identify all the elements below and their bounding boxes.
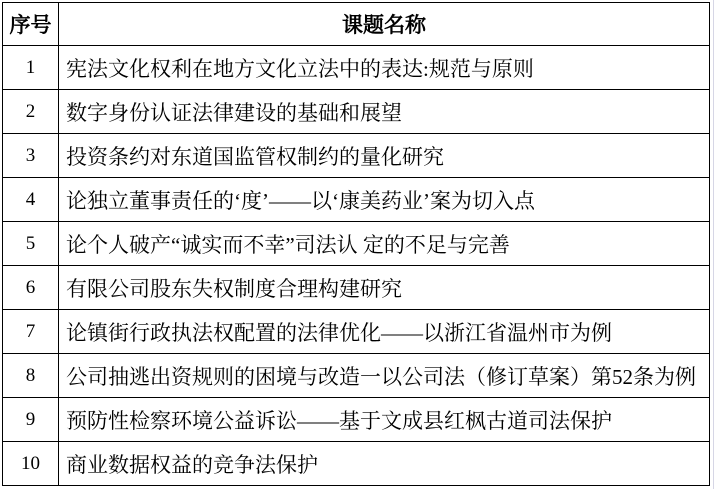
row-title-cell: 论镇街行政执法权配置的法律优化——以浙江省温州市为例 — [59, 310, 710, 354]
row-title-cell: 有限公司股东失权制度合理构建研究 — [59, 266, 710, 310]
table-row: 9 预防性检察环境公益诉讼——基于文成县红枫古道司法保护 — [3, 398, 710, 442]
table-row: 3 投资条约对东道国监管权制约的量化研究 — [3, 134, 710, 178]
column-header-title: 课题名称 — [59, 3, 710, 46]
row-index-cell: 4 — [3, 178, 59, 222]
row-title-cell: 论个人破产“诚实而不幸”司法认 定的不足与完善 — [59, 222, 710, 266]
table-row: 6 有限公司股东失权制度合理构建研究 — [3, 266, 710, 310]
row-index-cell: 7 — [3, 310, 59, 354]
table-header-row: 序号 课题名称 — [3, 3, 710, 46]
row-title-cell: 商业数据权益的竞争法保护 — [59, 442, 710, 486]
row-index-cell: 2 — [3, 90, 59, 134]
row-title-cell: 数字身份认证法律建设的基础和展望 — [59, 90, 710, 134]
row-index-cell: 1 — [3, 46, 59, 90]
topics-table: 序号 课题名称 1 宪法文化权利在地方文化立法中的表达:规范与原则 2 数字身份… — [2, 2, 710, 486]
row-index-cell: 9 — [3, 398, 59, 442]
table-row: 8 公司抽逃出资规则的困境与改造一以公司法（修订草案）第52条为例 — [3, 354, 710, 398]
row-title-cell: 预防性检察环境公益诉讼——基于文成县红枫古道司法保护 — [59, 398, 710, 442]
row-title-cell: 宪法文化权利在地方文化立法中的表达:规范与原则 — [59, 46, 710, 90]
row-title-cell: 公司抽逃出资规则的困境与改造一以公司法（修订草案）第52条为例 — [59, 354, 710, 398]
row-index-cell: 5 — [3, 222, 59, 266]
table-row: 1 宪法文化权利在地方文化立法中的表达:规范与原则 — [3, 46, 710, 90]
table-row: 5 论个人破产“诚实而不幸”司法认 定的不足与完善 — [3, 222, 710, 266]
row-title-cell: 投资条约对东道国监管权制约的量化研究 — [59, 134, 710, 178]
row-index-cell: 6 — [3, 266, 59, 310]
column-header-index: 序号 — [3, 3, 59, 46]
row-index-cell: 10 — [3, 442, 59, 486]
table-row: 2 数字身份认证法律建设的基础和展望 — [3, 90, 710, 134]
table-row: 7 论镇街行政执法权配置的法律优化——以浙江省温州市为例 — [3, 310, 710, 354]
row-title-cell: 论独立董事责任的‘度’——以‘康美药业’案为切入点 — [59, 178, 710, 222]
row-index-cell: 8 — [3, 354, 59, 398]
row-index-cell: 3 — [3, 134, 59, 178]
table-row: 4 论独立董事责任的‘度’——以‘康美药业’案为切入点 — [3, 178, 710, 222]
table-row: 10 商业数据权益的竞争法保护 — [3, 442, 710, 486]
spreadsheet-gridline-artifact — [713, 0, 714, 489]
